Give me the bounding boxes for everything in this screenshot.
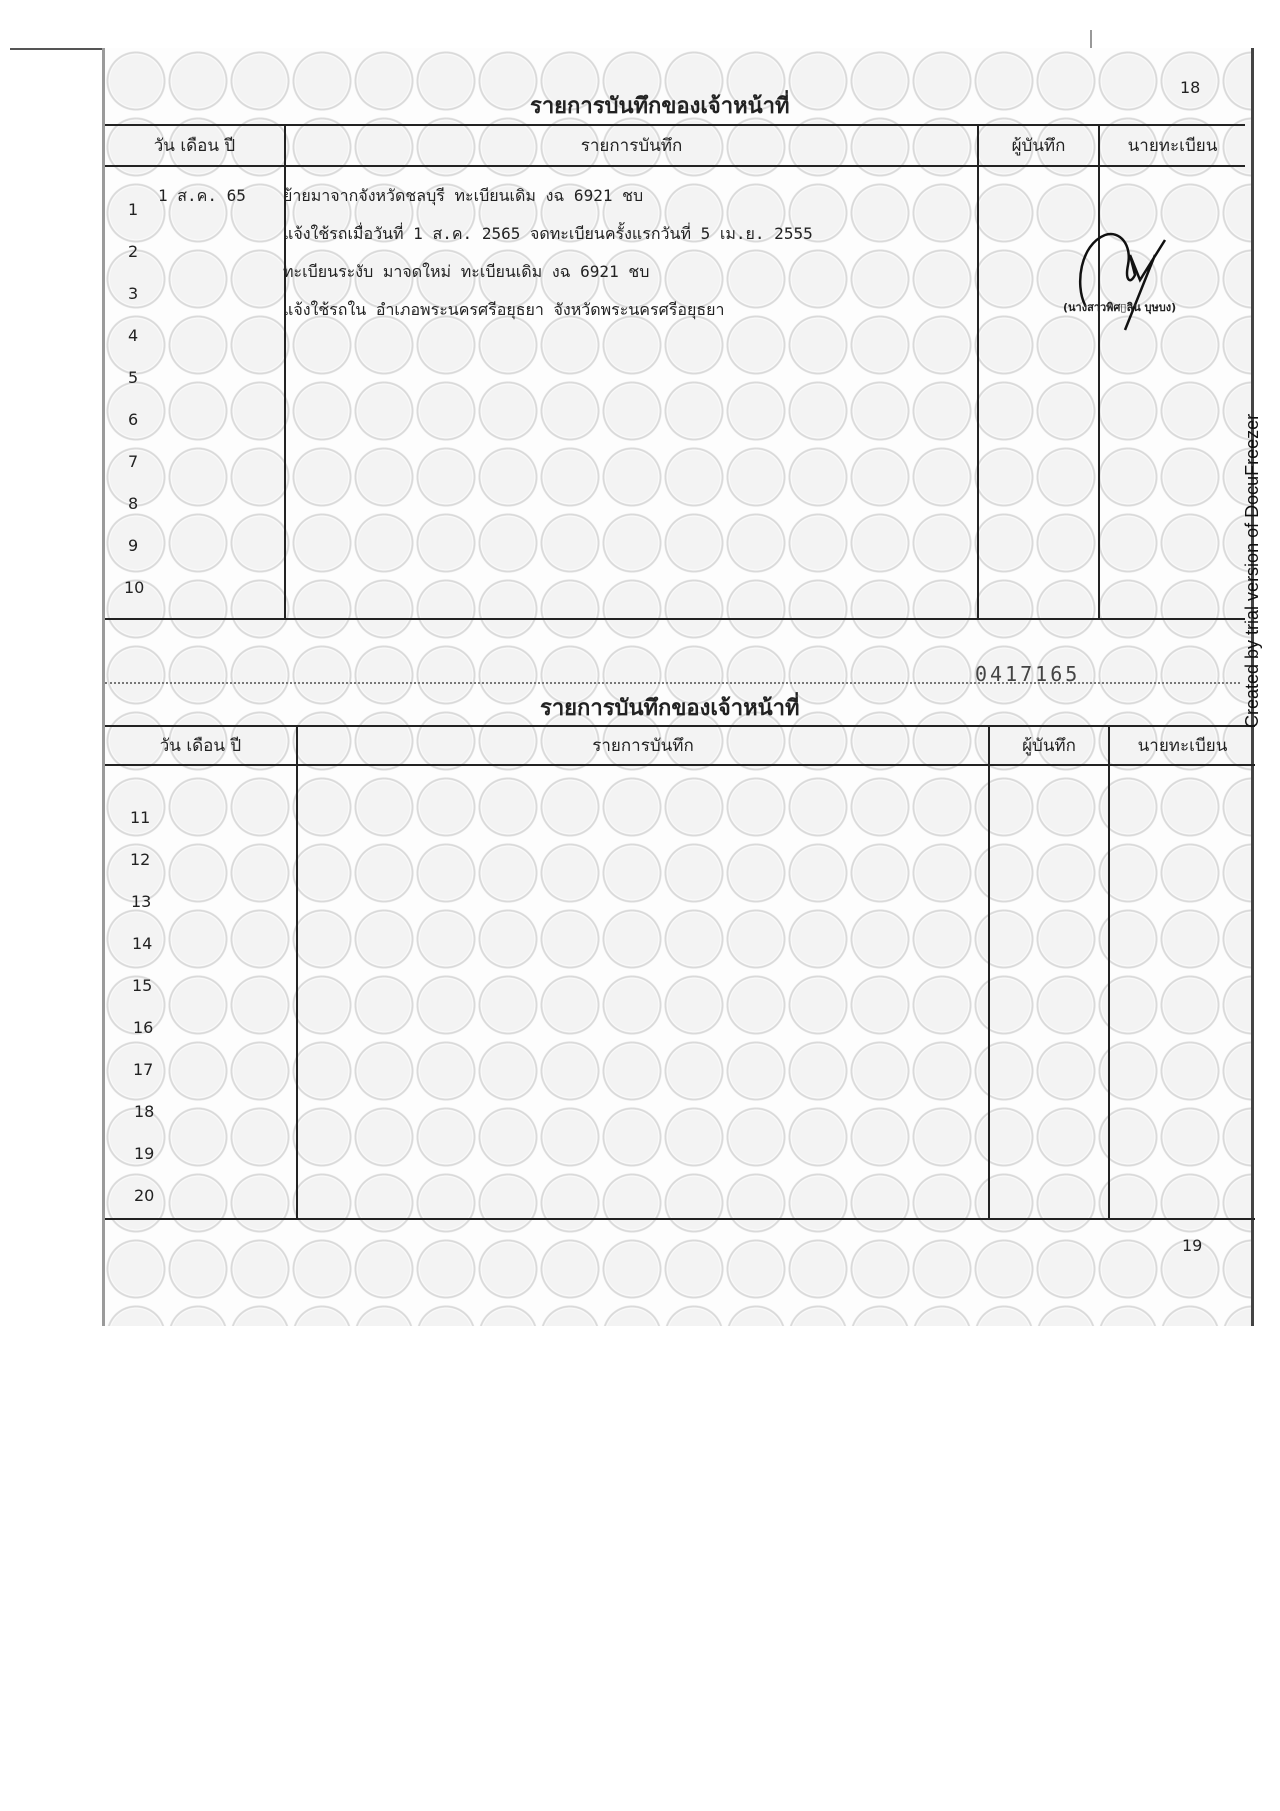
entry-line: ทะเบียนระงับ มาจดใหม่ ทะเบียนเดิม งฉ 692… <box>283 260 649 285</box>
section2-title: รายการบันทึกของเจ้าหน้าที่ <box>540 690 800 725</box>
row-number: 9 <box>128 536 138 555</box>
header-entry: รายการบันทึก <box>298 727 988 764</box>
row-number: 7 <box>128 452 138 471</box>
row-number: 1 <box>128 200 138 219</box>
row-number: 13 <box>131 892 151 911</box>
section1-title: รายการบันทึกของเจ้าหน้าที่ <box>530 88 790 123</box>
row-number: 14 <box>132 934 152 953</box>
header-date: วัน เดือน ปี <box>105 727 296 764</box>
signature-icon <box>1070 225 1200 335</box>
row-number: 17 <box>133 1060 153 1079</box>
header-entry: รายการบันทึก <box>286 126 977 165</box>
page-number-bottom: 19 <box>1182 1236 1202 1255</box>
row-number: 10 <box>124 578 144 597</box>
row-number: 15 <box>132 976 152 995</box>
row-number: 8 <box>128 494 138 513</box>
header-registrar: นายทะเบียน <box>1100 126 1245 165</box>
entry-date: 1 ส.ค. 65 <box>158 184 246 209</box>
row-number: 5 <box>128 368 138 387</box>
header-registrar: นายทะเบียน <box>1110 727 1255 764</box>
row-number: 12 <box>130 850 150 869</box>
header-recorder: ผู้บันทึก <box>990 727 1108 764</box>
row-number: 11 <box>130 808 150 827</box>
entry-line: แจ้งใช้รถใน อำเภอพระนครศรีอยุธยา จังหวัด… <box>283 298 724 323</box>
perforation-number: 0417165 <box>975 662 1080 686</box>
registrar-name: (นางสาวพิศ▯ลิน บุษบง) <box>1063 298 1176 316</box>
row-number: 16 <box>133 1018 153 1037</box>
row-number: 19 <box>134 1144 154 1163</box>
row-number: 6 <box>128 410 138 429</box>
watermark-text: Created by trial version of DocuFreezer <box>1242 414 1263 728</box>
row-number: 4 <box>128 326 138 345</box>
row-number: 18 <box>134 1102 154 1121</box>
row-number: 2 <box>128 242 138 261</box>
entry-line: แจ้งใช้รถเมื่อวันที่ 1 ส.ค. 2565 จดทะเบี… <box>283 222 813 247</box>
page-number-top: 18 <box>1180 78 1200 97</box>
header-date: วัน เดือน ปี <box>105 126 284 165</box>
entry-line: ย้ายมาจากจังหวัดชลบุรี ทะเบียนเดิม งฉ 69… <box>283 184 643 209</box>
row-number: 20 <box>134 1186 154 1205</box>
header-recorder: ผู้บันทึก <box>979 126 1098 165</box>
row-number: 3 <box>128 284 138 303</box>
